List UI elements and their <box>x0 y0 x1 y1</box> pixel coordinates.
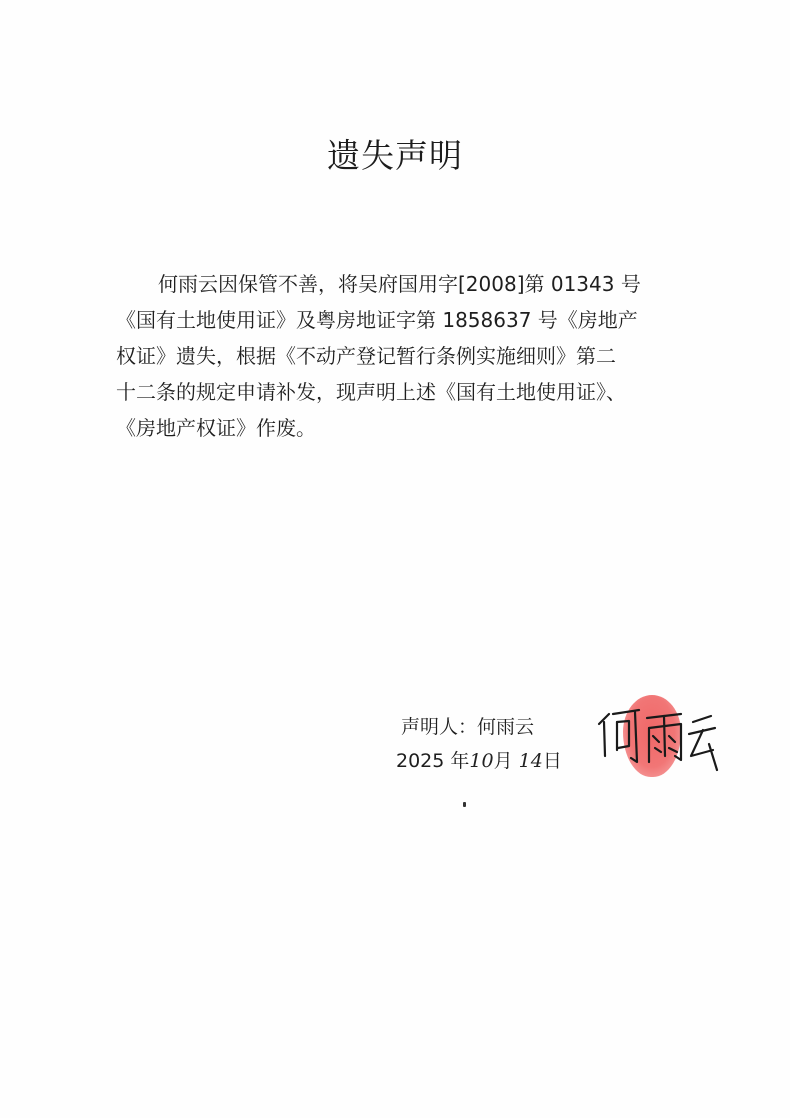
date-day-unit: 日 <box>543 750 562 772</box>
date-year-unit: 年 <box>450 750 469 772</box>
handwritten-signature-icon <box>595 700 725 780</box>
body-line: 权证》遗失，根据《不动产登记暂行条例实施细则》第二 <box>116 338 676 374</box>
document-title: 遗失声明 <box>0 130 790 177</box>
body-line: 十二条的规定申请补发，现声明上述《国有土地使用证》、 <box>116 374 676 410</box>
document-page: 遗失声明 何雨云因保管不善，将吴府国用字[2008]第 01343 号 《国有土… <box>0 0 790 1118</box>
body-line: 何雨云因保管不善，将吴府国用字[2008]第 01343 号 <box>116 266 676 302</box>
date-month-handwritten: 10 <box>469 750 493 772</box>
date-day-handwritten: 14 <box>519 750 543 772</box>
body-line: 《国有土地使用证》及粤房地证字第 1858637 号《房地产 <box>116 302 676 338</box>
date-month-unit: 月 <box>494 750 513 772</box>
signer-label: 声明人：何雨云 <box>401 712 534 739</box>
date-year: 2025 <box>396 750 444 772</box>
body-line: 《房地产权证》作废。 <box>116 410 676 446</box>
declaration-body: 何雨云因保管不善，将吴府国用字[2008]第 01343 号 《国有土地使用证》… <box>116 266 676 446</box>
scan-speck <box>463 802 466 807</box>
declaration-date: 2025 年10月 14日 <box>396 746 562 773</box>
